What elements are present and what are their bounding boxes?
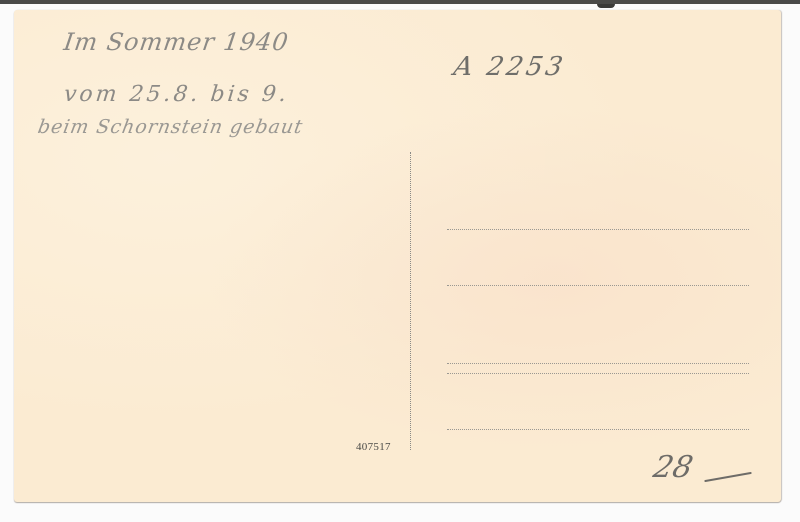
scanner-clip [597,4,615,8]
handwritten-line-2: vom 25.8. bis 9. [63,82,291,107]
handwritten-line-1: Im Sommer 1940 [62,28,291,56]
printed-serial-number: 407517 [356,441,391,453]
message-address-divider [410,152,411,450]
price-dash [704,472,752,482]
address-line-5 [447,429,749,430]
handwritten-line-3: beim Schornstein gebaut [36,116,305,138]
address-line-4 [447,373,749,374]
reference-number: A 2253 [451,52,568,82]
address-line-1 [447,229,749,230]
price-note: 28 [650,450,696,485]
address-line-2 [447,285,749,286]
postcard-back: Im Sommer 1940 vom 25.8. bis 9. beim Sch… [14,10,781,502]
address-line-3 [447,363,749,364]
scanner-top-edge [0,0,800,4]
